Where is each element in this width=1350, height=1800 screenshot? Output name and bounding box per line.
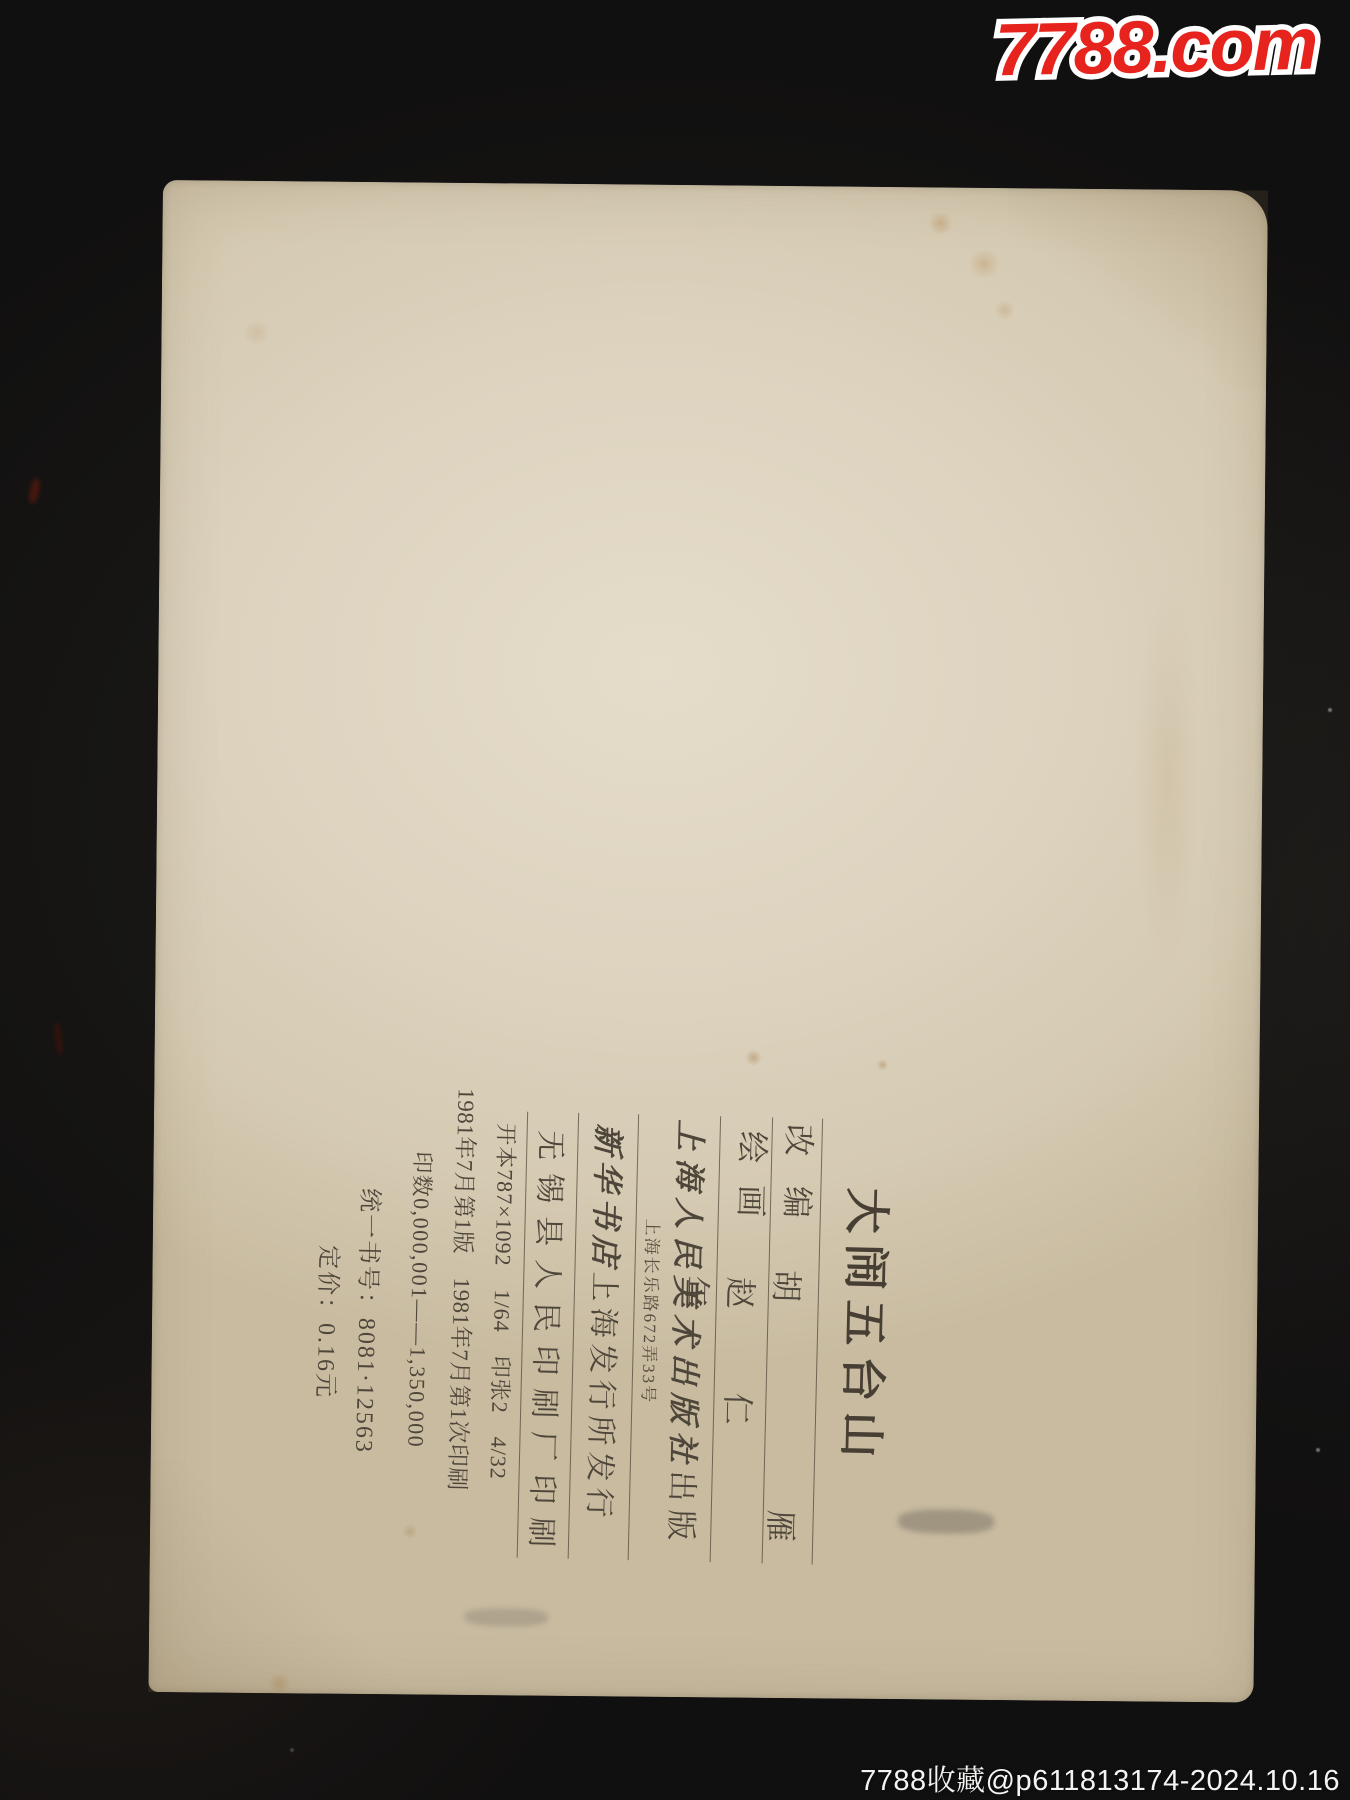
pencil-smudge [898,1509,994,1534]
publisher-suffix: 出版 [663,1470,700,1549]
foxing-stain [994,300,1016,320]
book-back-cover-page: 大闹五台山 改编 胡 雁 绘画 赵仁年 上海人民美术出版社出版 上海长乐路672… [148,180,1267,1703]
pencil-smudge [464,1608,548,1627]
print-run-line: 印数0,000,001——1,350,000 [404,1151,433,1448]
dust-dot [1328,708,1332,712]
foxing-stain [967,250,1001,278]
foxing-stain [1006,188,1268,390]
illustrator-label: 绘画 [734,1131,769,1240]
red-paint-speck [27,477,41,504]
adapter-label: 改编 [780,1124,815,1249]
publisher-address: 上海长乐路672弄33号 [639,1218,660,1404]
foxing-stain [1130,579,1204,980]
xinhua-bookstore-logotype: 新华书店 [587,1123,625,1272]
7788-watermark-text: 7788.com [994,2,1317,92]
unified-book-number: 统一书号：8081·12563 [351,1188,381,1454]
foxing-stain [241,321,271,345]
adapter-name-last: 雁 [759,1509,806,1542]
colophon-rule [628,1114,640,1560]
photo-of-book-back-cover: 大闹五台山 改编 胡 雁 绘画 赵仁年 上海人民美术出版社出版 上海长乐路672… [0,0,1350,1800]
foxing-stain [928,212,954,234]
collection-stamp-watermark: 7788收藏@p611813174-2024.10.16 [860,1758,1340,1799]
edition-line: 1981年7月第1版 1981年7月第1次印刷 [445,1088,477,1491]
dust-dot [1316,1448,1320,1452]
foxing-stain [876,1059,888,1071]
7788-site-watermark: 7788.com 7788.com [994,1,1317,93]
foxing-stain [266,1673,292,1693]
foxing-stain [745,1050,763,1066]
colophon-rule [568,1113,580,1559]
distributor-line: 新华书店上海发行所发行 [582,1123,623,1524]
distributor-suffix: 上海发行所发行 [581,1271,620,1524]
colophon-block: 大闹五台山 改编 胡 雁 绘画 赵仁年 上海人民美术出版社出版 上海长乐路672… [278,1082,889,1586]
format-line: 开本787×1092 1/64 印张2 4/32 [486,1123,516,1480]
dust-dot [290,1748,294,1752]
red-paint-speck [53,1022,65,1057]
printer-line: 无锡县人民印刷厂印刷 [525,1130,565,1561]
book-title: 大闹五台山 [837,1187,890,1468]
price-line: 定价：0.16元 [312,1245,340,1400]
adapter-name-first: 胡 [765,1269,812,1302]
